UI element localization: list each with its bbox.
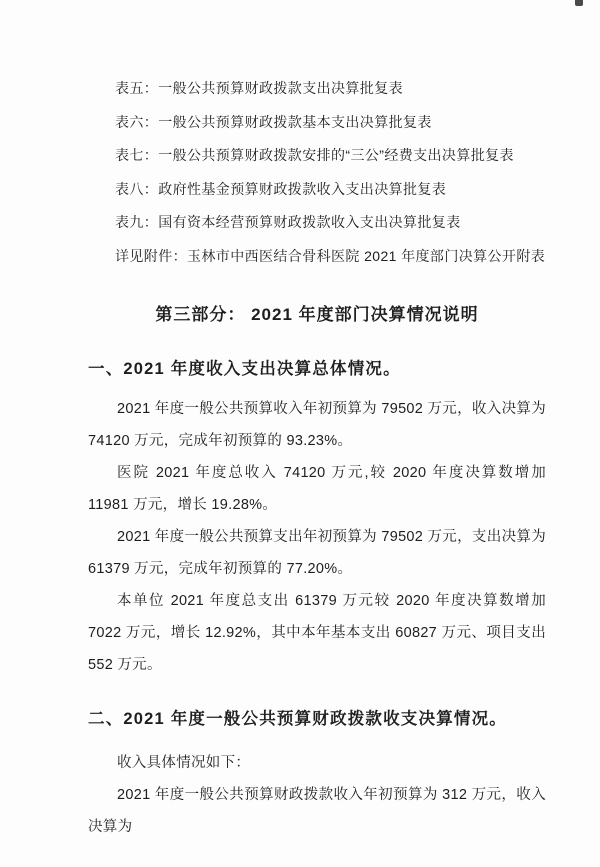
attachment-item-table6: 表六：一般公共预算财政拨款基本支出决算批复表 — [115, 106, 546, 140]
attachment-item-appendix-note: 详见附件：玉林市中西医结合骨科医院 2021 年度部门决算公开附表 — [115, 240, 546, 274]
attachment-item-table7: 表七：一般公共预算财政拨款安排的“三公”经费支出决算批复表 — [115, 139, 546, 173]
section-one-body: 2021 年度一般公共预算收入年初预算为 79502 万元，收入决算为 7412… — [88, 393, 546, 681]
attachment-item-table5: 表五：一般公共预算财政拨款支出决算批复表 — [115, 72, 546, 106]
attachment-table-list: 表五：一般公共预算财政拨款支出决算批复表 表六：一般公共预算财政拨款基本支出决算… — [115, 72, 546, 273]
section-one-heading: 一、2021 年度收入支出决算总体情况。 — [88, 357, 546, 381]
section-title: 第三部分： 2021 年度部门决算情况说明 — [88, 303, 546, 327]
paragraph-total-income: 医院 2021 年度总收入 74120 万元,较 2020 年度决算数增加 11… — [88, 457, 546, 521]
paragraph-fiscal-appropriation-income: 2021 年度一般公共预算财政拨款收入年初预算为 312 万元，收入决算为 — [88, 779, 546, 843]
scan-artifact — [575, 0, 583, 6]
attachment-item-table8: 表八：政府性基金预算财政拨款收入支出决算批复表 — [115, 173, 546, 207]
paragraph-expenditure-budget: 2021 年度一般公共预算支出年初预算为 79502 万元，支出决算为 6137… — [88, 521, 546, 585]
document-content: 表五：一般公共预算财政拨款支出决算批复表 表六：一般公共预算财政拨款基本支出决算… — [88, 72, 546, 843]
paragraph-revenue-budget: 2021 年度一般公共预算收入年初预算为 79502 万元，收入决算为 7412… — [88, 393, 546, 457]
attachment-item-table9: 表九：国有资本经营预算财政拨款收入支出决算批复表 — [115, 206, 546, 240]
document-page: 表五：一般公共预算财政拨款支出决算批复表 表六：一般公共预算财政拨款基本支出决算… — [0, 0, 600, 867]
section-two-heading: 二、2021 年度一般公共预算财政拨款收支决算情况。 — [88, 707, 546, 731]
section-two-intro: 收入具体情况如下： — [88, 747, 546, 779]
paragraph-total-expenditure: 本单位 2021 年度总支出 61379 万元较 2020 年度决算数增加 70… — [88, 585, 546, 681]
